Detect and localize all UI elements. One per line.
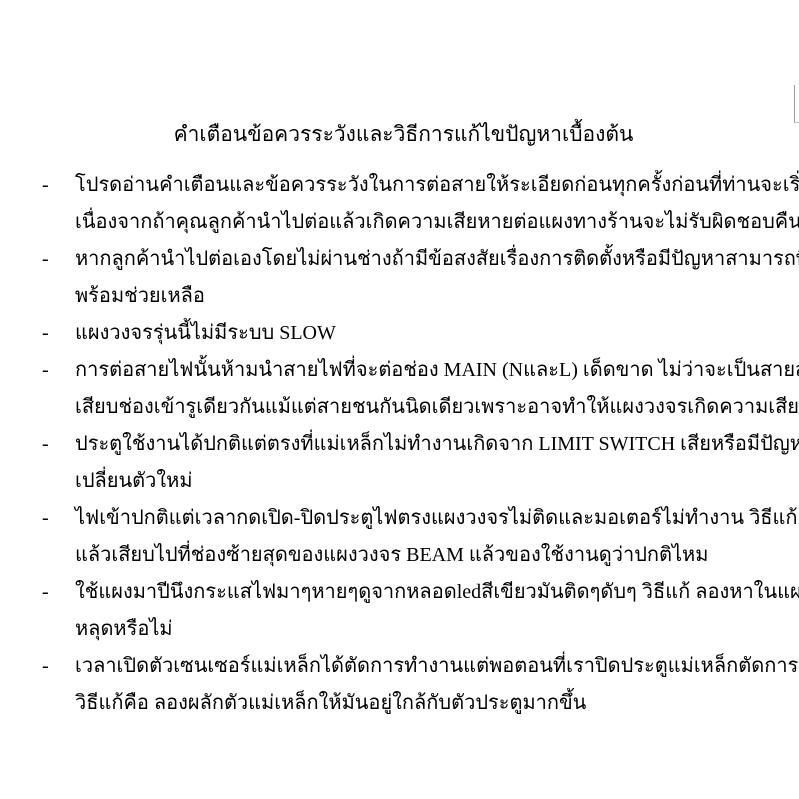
bullet-dash: -	[42, 315, 75, 352]
item-text-line: ประตูใช้งานได้ปกติแต่ตรงที่แม่เหล็กไม่ทำ…	[75, 426, 765, 463]
item-text-line: เนื่องจากถ้าคุณลูกค้านำไปต่อแล้วเกิดความ…	[75, 204, 765, 241]
bullet-dash: -	[42, 500, 75, 537]
item-text-line: เสียบช่องเข้ารูเดียวกันแม้แต่สายชนกันนิด…	[75, 389, 765, 426]
bullet-dash: -	[42, 426, 75, 463]
list-item: - ประตูใช้งานได้ปกติแต่ตรงที่แม่เหล็กไม่…	[42, 426, 765, 500]
list-item: - การต่อสายไฟนั้นห้ามนำสายไฟที่จะต่อช่อง…	[42, 352, 765, 426]
list-item: - ใช้แผงมาปีนึงกระแสไฟมาๆหายๆดูจากหลอดle…	[42, 574, 765, 648]
bullet-dash: -	[42, 574, 75, 611]
right-edge-crop-mark	[794, 85, 799, 123]
document-page: คำเตือนข้อควรระวังและวิธีการแก้ไขปัญหาเบ…	[0, 0, 799, 799]
bullet-dash: -	[42, 352, 75, 389]
list-item: - โปรดอ่านคำเตือนและข้อควรระวังในการต่อส…	[42, 167, 765, 241]
list-item: - ไฟเข้าปกติแต่เวลากดเปิด-ปิดประตูไฟตรงแ…	[42, 500, 765, 574]
bullet-dash: -	[42, 241, 75, 278]
item-text-line: วิธีแก้คือ ลองผลักตัวแม่เหล็กให้มันอยู่ใ…	[75, 685, 765, 722]
item-text-line: พร้อมช่วยเหลือ	[75, 278, 765, 315]
item-text-line: แผงวงจรรุ่นนี้ไม่มีระบบ SLOW	[75, 315, 765, 352]
item-text-line: ไฟเข้าปกติแต่เวลากดเปิด-ปิดประตูไฟตรงแผง…	[75, 500, 765, 537]
list-item: - แผงวงจรรุ่นนี้ไม่มีระบบ SLOW	[42, 315, 765, 352]
item-text-line: ใช้แผงมาปีนึงกระแสไฟมาๆหายๆดูจากหลอดledส…	[75, 574, 765, 611]
item-text-line: หากลูกค้านำไปต่อเองโดยไม่ผ่านช่างถ้ามีข้…	[75, 241, 765, 278]
item-text-line: แล้วเสียบไปที่ช่องซ้ายสุดของแผงวงจร BEAM…	[75, 537, 765, 574]
warning-list: - โปรดอ่านคำเตือนและข้อควรระวังในการต่อส…	[42, 167, 765, 722]
item-text-line: เวลาเปิดตัวเซนเซอร์แม่เหล็กได้ตัดการทำงา…	[75, 648, 765, 685]
item-text-line: โปรดอ่านคำเตือนและข้อควรระวังในการต่อสาย…	[75, 167, 765, 204]
item-text-line: การต่อสายไฟนั้นห้ามนำสายไฟที่จะต่อช่อง M…	[75, 352, 765, 389]
list-item: - เวลาเปิดตัวเซนเซอร์แม่เหล็กได้ตัดการทำ…	[42, 648, 765, 722]
bullet-dash: -	[42, 648, 75, 685]
page-title: คำเตือนข้อควรระวังและวิธีการแก้ไขปัญหาเบ…	[42, 116, 765, 153]
item-text-line: หลุดหรือไม่	[75, 611, 765, 648]
list-item: - หากลูกค้านำไปต่อเองโดยไม่ผ่านช่างถ้ามี…	[42, 241, 765, 315]
bullet-dash: -	[42, 167, 75, 204]
item-text-line: เปลี่ยนตัวใหม่	[75, 463, 765, 500]
